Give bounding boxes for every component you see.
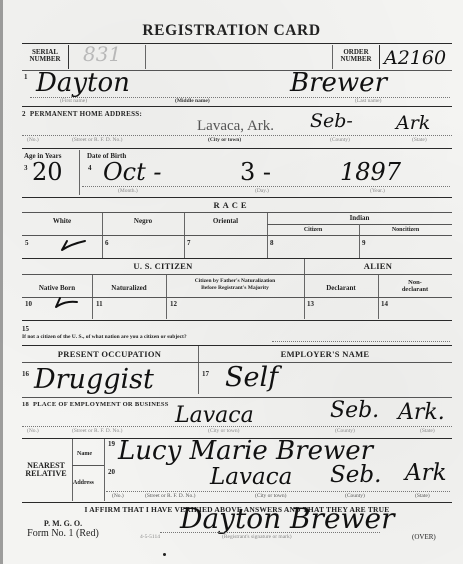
address-label-text: PERMANENT HOME ADDRESS: bbox=[30, 110, 142, 118]
field-number-6: 6 bbox=[105, 240, 109, 247]
caption-street: (Street or R. F. D. No.) bbox=[145, 494, 195, 500]
non-declarant-line2: declarant bbox=[378, 287, 452, 294]
caption-county: (County) bbox=[335, 429, 355, 435]
birth-year-value: 1897 bbox=[340, 160, 401, 184]
caption-county: (County) bbox=[330, 138, 350, 144]
order-label-line2: NUMBER bbox=[333, 56, 379, 63]
caption-no: (No.) bbox=[27, 429, 39, 435]
divider bbox=[379, 45, 380, 69]
employment-county-value: Seb. bbox=[330, 400, 379, 422]
divider bbox=[79, 150, 80, 195]
field-number-20: 20 bbox=[108, 469, 115, 476]
form-id-line2: Form No. 1 (Red) bbox=[18, 529, 108, 539]
nation-underline bbox=[272, 341, 450, 342]
relative-address-state-value: Ark bbox=[405, 462, 447, 485]
native-born-label: Native Born bbox=[22, 285, 92, 292]
field-number-14: 14 bbox=[381, 301, 388, 308]
relative-address-label: Address bbox=[73, 480, 94, 486]
naturalized-label: Naturalized bbox=[92, 285, 166, 292]
scan-edge bbox=[0, 0, 3, 564]
registration-card: REGISTRATION CARD SERIAL NUMBER 831 ORDE… bbox=[0, 0, 463, 564]
caption-city: (City or town) bbox=[208, 429, 239, 435]
last-name-value: Brewer bbox=[290, 70, 387, 96]
middle-name-caption: (Middle name) bbox=[175, 99, 210, 105]
caption-city: (City or town) bbox=[208, 138, 241, 144]
occupation-heading: PRESENT OCCUPATION bbox=[22, 350, 197, 359]
nearest-relative-label: NEAREST RELATIVE bbox=[22, 462, 70, 478]
field-number-8: 8 bbox=[270, 240, 274, 247]
scan-speck bbox=[163, 553, 166, 556]
race-heading: RACE bbox=[0, 201, 463, 210]
caption-state: (State) bbox=[420, 429, 435, 435]
race-indian-citizen-label: Citizen bbox=[267, 227, 359, 233]
divider bbox=[22, 148, 452, 149]
relative-address-underline bbox=[106, 491, 450, 492]
address-state-value: Ark bbox=[396, 114, 430, 133]
employment-underline bbox=[22, 426, 452, 427]
field-number-11: 11 bbox=[96, 301, 103, 308]
caption-street: (Street or R. F. D. No.) bbox=[72, 429, 122, 435]
signature-caption: (Registrant's signature or mark) bbox=[222, 535, 292, 541]
birth-month-value: Oct - bbox=[103, 160, 162, 184]
caption-street: (Street or R. F. D. No.) bbox=[72, 138, 122, 144]
place-of-employment-label: 18 PLACE OF EMPLOYMENT OR BUSINESS bbox=[22, 402, 169, 409]
caption-year: (Year.) bbox=[370, 189, 385, 195]
caption-city: (City or town) bbox=[255, 494, 286, 500]
race-indian-label: Indian bbox=[267, 215, 452, 222]
divider bbox=[72, 439, 73, 501]
us-citizen-heading: U. S. CITIZEN bbox=[22, 262, 304, 271]
field-number-1: 1 bbox=[24, 74, 28, 81]
first-name-value: Dayton bbox=[36, 70, 130, 96]
employment-state-value: Ark. bbox=[398, 402, 445, 424]
serial-label-line2: NUMBER bbox=[22, 56, 68, 63]
caption-day: (Day.) bbox=[255, 189, 269, 195]
nearest-relative-line2: RELATIVE bbox=[22, 470, 70, 478]
caption-month: (Month.) bbox=[118, 189, 138, 195]
serial-number-value: 831 bbox=[83, 44, 121, 64]
relative-name-label: Name bbox=[77, 451, 92, 457]
caption-no: (No.) bbox=[112, 494, 124, 500]
alien-heading: ALIEN bbox=[304, 262, 452, 271]
field-number-13: 13 bbox=[307, 301, 314, 308]
race-oriental-label: Oriental bbox=[184, 218, 267, 225]
divider bbox=[22, 345, 452, 346]
field-number-9: 9 bbox=[362, 240, 366, 247]
registrant-signature: Dayton Brewer bbox=[180, 505, 394, 533]
divider bbox=[22, 297, 452, 298]
address-county-value: Seb- bbox=[310, 112, 353, 131]
divider bbox=[145, 45, 146, 69]
field-number-16: 16 bbox=[22, 371, 29, 378]
father-naturalization-line1: Citizen by Father's Naturalization bbox=[166, 279, 304, 285]
field-number-5: 5 bbox=[25, 240, 29, 247]
checkmark-icon bbox=[52, 294, 80, 310]
non-declarant-label: Non- declarant bbox=[378, 280, 452, 293]
over-label: (OVER) bbox=[412, 534, 436, 541]
serial-number-label: SERIAL NUMBER bbox=[22, 49, 68, 63]
last-name-caption: (Last name) bbox=[355, 99, 381, 105]
father-naturalization-label: Citizen by Father's Naturalization Befor… bbox=[166, 279, 304, 291]
divider bbox=[22, 106, 452, 107]
field-number-18: 18 bbox=[22, 401, 29, 408]
name-underline bbox=[30, 97, 450, 98]
divider bbox=[22, 197, 452, 198]
signature-underline bbox=[160, 532, 380, 533]
field-number-12: 12 bbox=[170, 301, 177, 308]
divider bbox=[22, 212, 452, 213]
birth-day-value: 3 - bbox=[240, 160, 271, 184]
race-indian-noncitizen-label: Noncitizen bbox=[359, 227, 452, 233]
employer-value: Self bbox=[225, 364, 278, 391]
order-number-value: A2160 bbox=[384, 49, 446, 68]
divider bbox=[22, 320, 452, 321]
nation-question: If not a citizen of the U. S., of what n… bbox=[22, 335, 187, 341]
declarant-label: Declarant bbox=[304, 285, 378, 292]
divider bbox=[22, 274, 452, 275]
age-value: 20 bbox=[32, 160, 63, 184]
address-label: 2 PERMANENT HOME ADDRESS: bbox=[22, 111, 142, 118]
race-white-label: White bbox=[22, 218, 102, 225]
father-naturalization-line2: Before Registrant's Majority bbox=[166, 286, 304, 292]
field-number-3: 3 bbox=[24, 165, 28, 172]
field-number-17: 17 bbox=[202, 371, 209, 378]
divider bbox=[104, 439, 105, 501]
relative-address-city-value: Lavaca bbox=[210, 466, 292, 489]
caption-county: (County) bbox=[345, 494, 365, 500]
employer-heading: EMPLOYER'S NAME bbox=[198, 350, 452, 359]
field-number-10: 10 bbox=[25, 301, 32, 308]
race-negro-label: Negro bbox=[102, 218, 184, 225]
address-city-value: Lavaca, Ark. bbox=[197, 119, 274, 134]
first-name-caption: (First name) bbox=[60, 99, 87, 105]
form-id-line1: P. M. G. O. bbox=[18, 520, 108, 528]
divider bbox=[68, 45, 69, 69]
field-number-2: 2 bbox=[22, 110, 26, 118]
caption-state: (State) bbox=[415, 494, 430, 500]
field-number-19: 19 bbox=[108, 441, 115, 448]
order-number-label: ORDER NUMBER bbox=[333, 49, 379, 63]
divider bbox=[22, 258, 452, 259]
birth-underline bbox=[82, 186, 450, 187]
divider bbox=[22, 397, 452, 398]
print-code: 4-5-5114 bbox=[140, 535, 160, 541]
caption-state: (State) bbox=[412, 138, 427, 144]
relative-name-value: Lucy Marie Brewer bbox=[118, 438, 373, 464]
checkmark-icon bbox=[58, 236, 88, 254]
field-number-15: 15 bbox=[22, 326, 29, 333]
form-id: P. M. G. O. Form No. 1 (Red) bbox=[18, 520, 108, 539]
employment-city-value: Lavaca bbox=[175, 405, 254, 427]
address-underline bbox=[22, 135, 452, 136]
divider bbox=[72, 465, 104, 466]
occupation-value: Druggist bbox=[34, 366, 154, 393]
caption-no: (No.) bbox=[27, 138, 39, 144]
field-number-4: 4 bbox=[88, 165, 92, 172]
card-title: REGISTRATION CARD bbox=[0, 22, 463, 40]
relative-address-county-value: Seb. bbox=[330, 464, 381, 487]
place-of-employment-text: PLACE OF EMPLOYMENT OR BUSINESS bbox=[33, 401, 169, 408]
field-number-7: 7 bbox=[187, 240, 191, 247]
